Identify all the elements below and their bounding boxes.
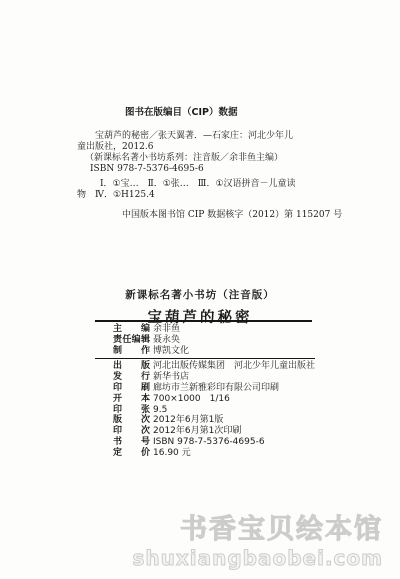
- info-row-publisher: 出版 河北出版传媒集团 河北少年儿童出版社: [95, 361, 315, 372]
- cip-header: 图书在版编目（CIP）数据: [125, 104, 322, 118]
- info-value: 16.90 元: [153, 448, 191, 459]
- info-row-isbn: 书号 ISBN 978-7-5376-4695-6: [95, 437, 315, 448]
- info-row-impression: 印次 2012年6月第1次印刷: [95, 426, 315, 437]
- info-value: 2012年6月第1次印刷: [153, 426, 241, 437]
- info-label: 制作: [113, 346, 150, 357]
- watermark: 书香宝贝绘本馆 shuxiangbaobei.com: [132, 514, 383, 569]
- series-name: 新课标名著小书坊（注音版）: [0, 287, 400, 302]
- info-value: 700×1000 1/16: [153, 394, 230, 405]
- cip-series-line: （新课标名著小书坊系列：注音版／余非鱼主编）: [85, 153, 322, 164]
- info-row-format: 开本 700×1000 1/16: [95, 394, 315, 405]
- info-value: ISBN 978-7-5376-4695-6: [153, 437, 265, 448]
- info-label: 定价: [113, 448, 150, 459]
- info-divider: [95, 358, 315, 359]
- watermark-site-name: 书香宝贝绘本馆: [132, 514, 383, 546]
- info-label: 发行: [113, 372, 150, 383]
- info-label: 版次: [113, 415, 150, 426]
- info-label: 印张: [113, 405, 150, 416]
- info-label: 出版: [113, 361, 150, 372]
- cip-record-line: 宝葫芦的秘密／张天翼著．—石家庄：河北少年儿: [95, 131, 322, 142]
- info-value: 聂永奂: [153, 335, 180, 346]
- info-value: 2012年6月第1版: [153, 415, 223, 426]
- cip-classification-line: Ⅰ．①宝… Ⅱ．①张… Ⅲ．①汉语拼音－儿童读: [100, 179, 322, 190]
- info-label: 开本: [113, 394, 150, 405]
- info-label: 主编: [113, 324, 150, 335]
- info-value: 9.5: [153, 405, 167, 416]
- cip-record-line: 童出版社，2012.6: [77, 142, 322, 153]
- info-row-edition: 版次 2012年6月第1版: [95, 415, 315, 426]
- info-label: 书号: [113, 437, 150, 448]
- info-row-printer: 印刷 廊坊市兰新雅彩印有限公司印刷: [95, 383, 315, 394]
- watermark-site-url: shuxiangbaobei.com: [132, 547, 383, 569]
- info-row-responsible-editor: 责任编辑 聂永奂: [95, 335, 315, 346]
- info-row-distributor: 发行 新华书店: [95, 372, 315, 383]
- info-value: 博凯文化: [153, 346, 189, 357]
- info-value: 廊坊市兰新雅彩印有限公司印刷: [153, 383, 279, 394]
- cip-classification-line: 物 Ⅳ．①H125.4: [77, 190, 322, 201]
- info-label: 印刷: [113, 383, 150, 394]
- info-label: 责任编辑: [113, 335, 150, 346]
- info-row-sheets: 印张 9.5: [95, 405, 315, 416]
- info-value: 河北出版传媒集团 河北少年儿童出版社: [153, 361, 315, 372]
- info-row-chief-editor: 主编 余非鱼: [95, 324, 315, 335]
- info-row-price: 定价 16.90 元: [95, 448, 315, 459]
- cip-isbn-line: ISBN 978-7-5376-4695-6: [90, 164, 322, 175]
- info-value: 新华书店: [153, 372, 189, 383]
- title-divider: [95, 320, 312, 322]
- info-value: 余非鱼: [153, 324, 180, 335]
- cip-catalog-number: 中国版本图书馆 CIP 数据核字（2012）第 115207 号: [122, 207, 322, 220]
- info-label: 印次: [113, 426, 150, 437]
- publication-info-list: 主编 余非鱼 责任编辑 聂永奂 制作 博凯文化 出版 河北出版传媒集团 河北少年…: [95, 324, 315, 459]
- cip-data-block: 图书在版编目（CIP）数据 宝葫芦的秘密／张天翼著．—石家庄：河北少年儿 童出版…: [77, 104, 322, 220]
- book-copyright-page: 图书在版编目（CIP）数据 宝葫芦的秘密／张天翼著．—石家庄：河北少年儿 童出版…: [0, 0, 400, 579]
- info-row-production: 制作 博凯文化: [95, 346, 315, 357]
